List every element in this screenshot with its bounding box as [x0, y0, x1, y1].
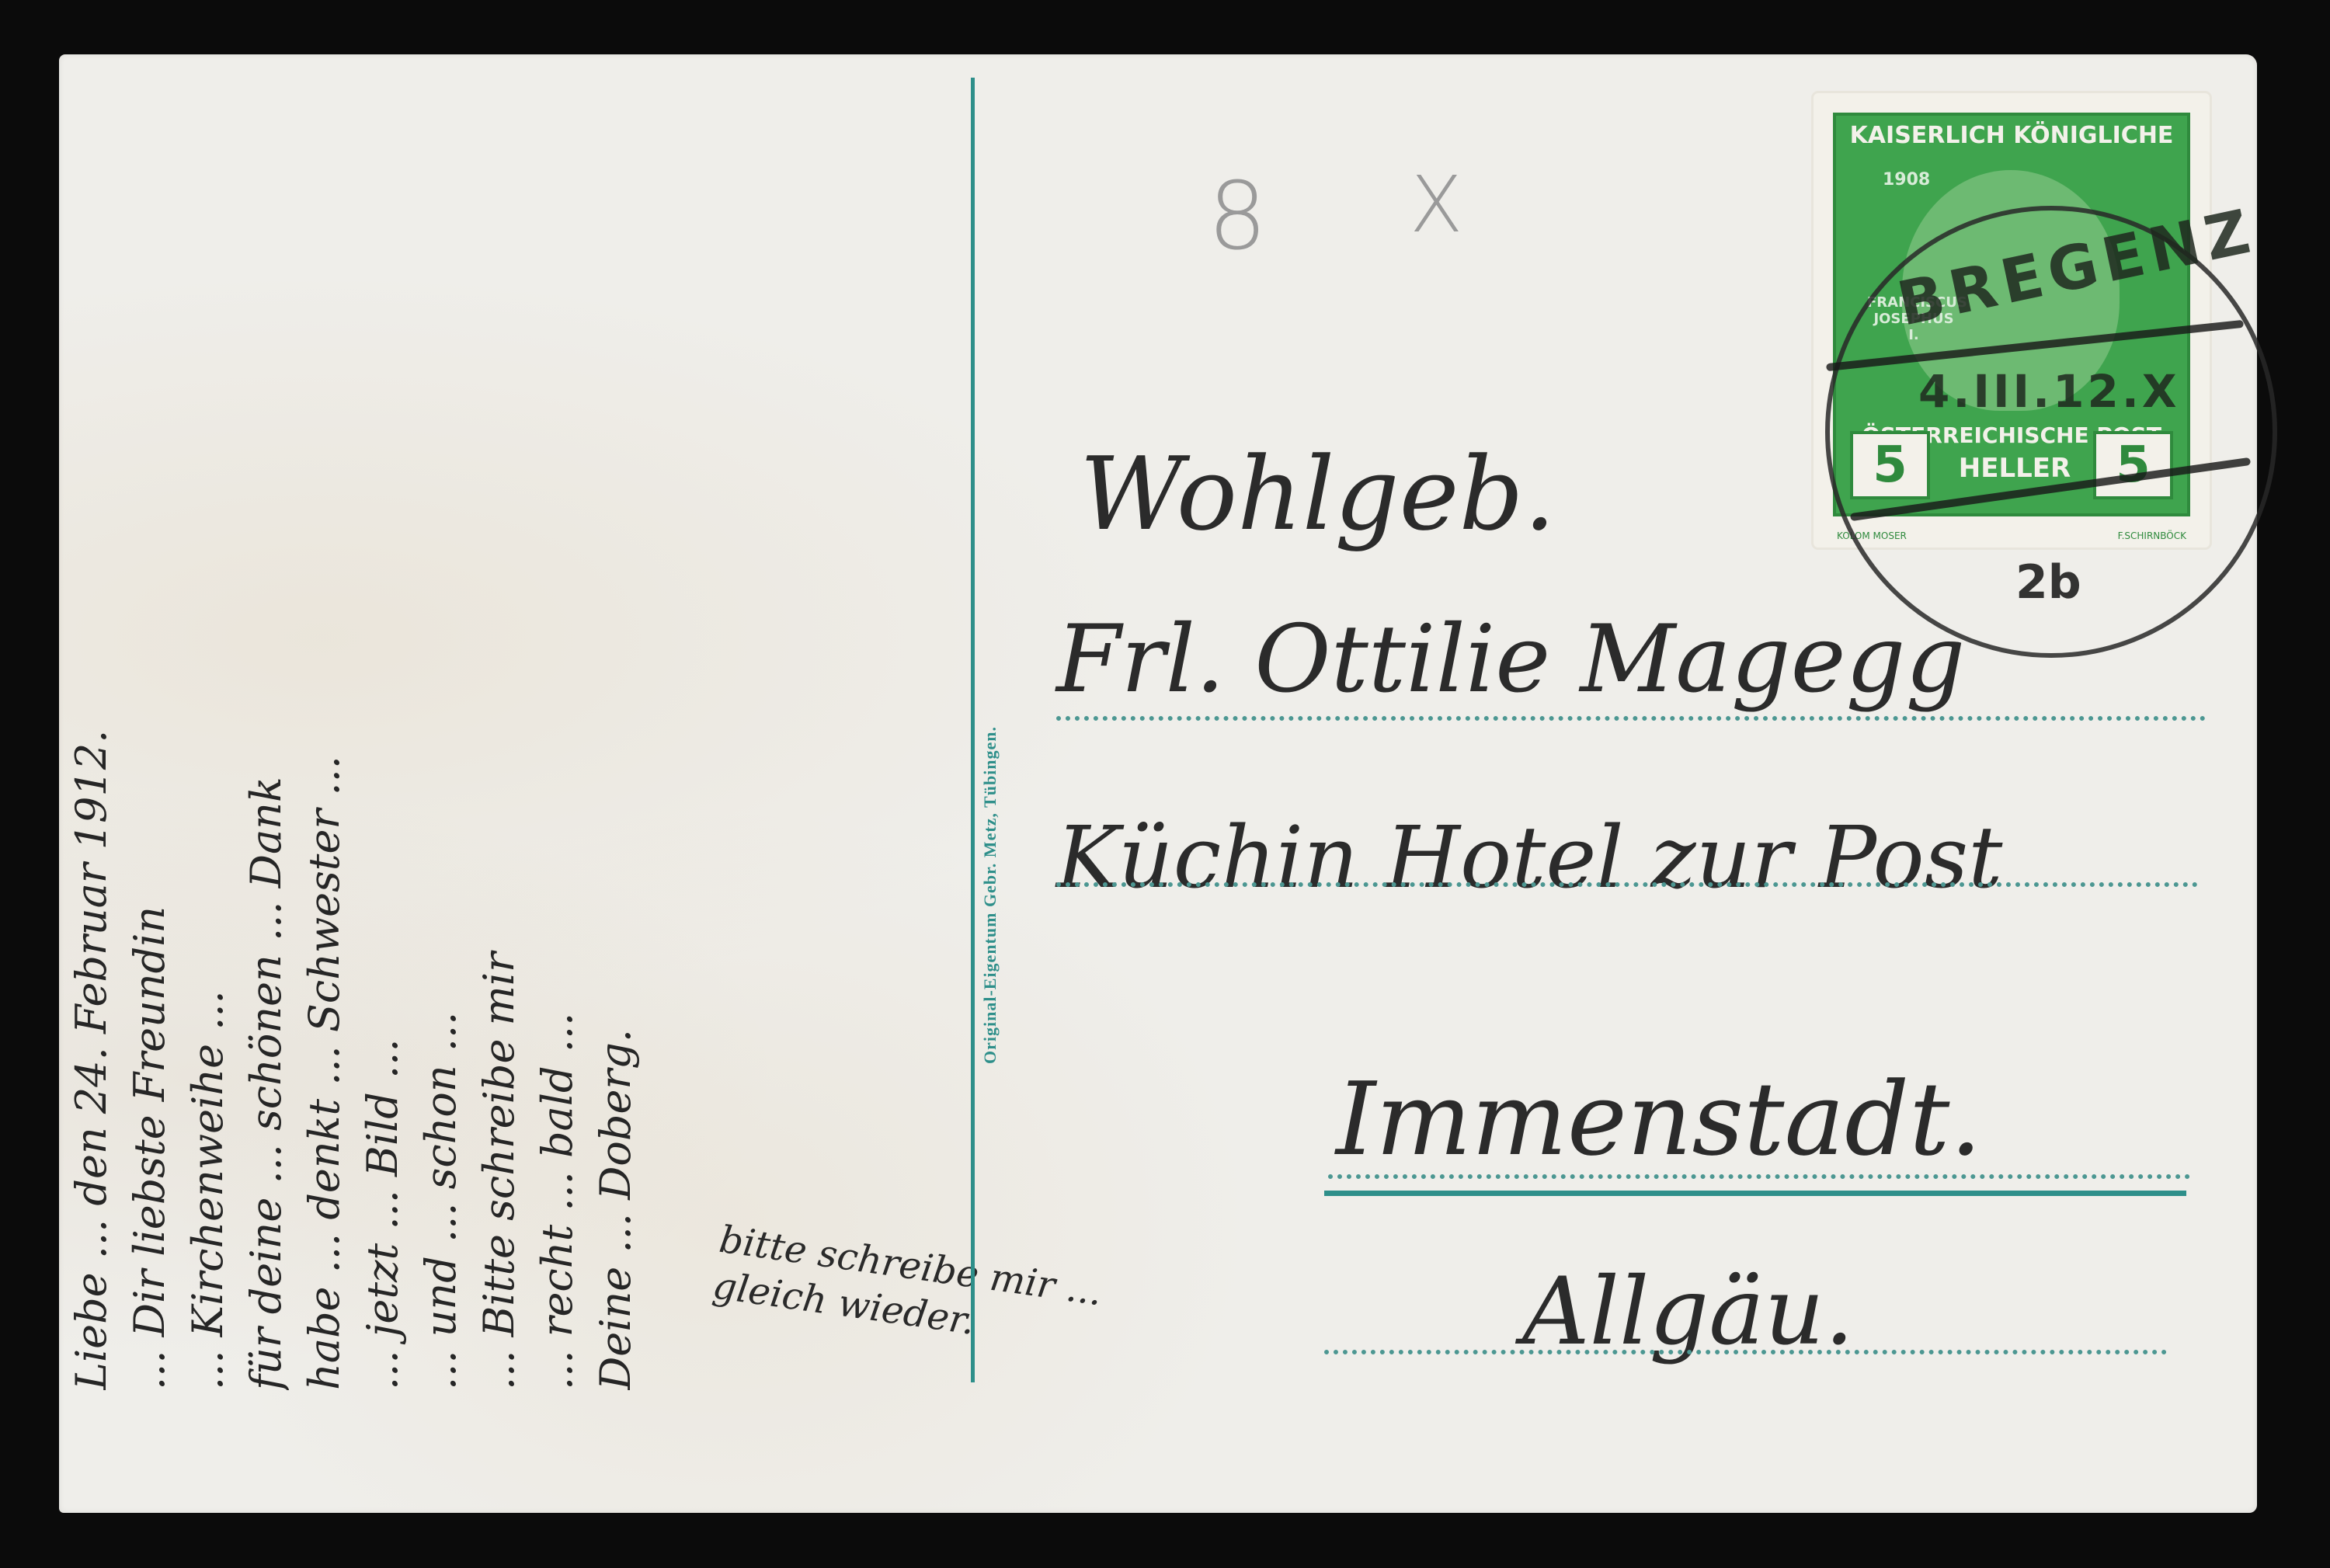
address-name: Frl. Ottilie Magegg	[1056, 606, 1965, 714]
message-line: habe ... denkt ... Schwester ...	[295, 85, 353, 1390]
address-underline	[1324, 1191, 2186, 1196]
address-line-1	[1056, 716, 2206, 721]
pencil-note: X	[1410, 159, 1463, 250]
center-divider	[971, 78, 975, 1382]
message-line: ... Dir liebste Freundin	[120, 85, 179, 1390]
address-line2: Küchin Hotel zur Post	[1056, 808, 2002, 907]
message-line: ... und ... schon ...	[412, 85, 470, 1390]
handwritten-message: Liebe ... den 24. Februar 1912. ... Dir …	[62, 85, 645, 1390]
address-salutation: Wohlgeb.	[1080, 435, 1556, 553]
message-line: Liebe ... den 24. Februar 1912.	[62, 85, 120, 1390]
message-line: ... jetzt ... Bild ...	[353, 85, 412, 1390]
address-line-2	[1056, 882, 2198, 887]
message-line: Deine ... Doberg.	[586, 85, 645, 1390]
address-line-3	[1328, 1174, 2190, 1179]
postmark-number: 2b	[2015, 555, 2081, 610]
publisher-imprint: Original-Eigentum Gebr. Metz, Tübingen.	[980, 726, 1000, 1064]
message-line: ... recht ... bald ...	[528, 85, 586, 1390]
stamp-text-top: KAISERLICH KÖNIGLICHE	[1844, 122, 2179, 149]
message-line: für deine ... schönen ... Dank	[237, 85, 295, 1390]
address-line-4	[1324, 1350, 2167, 1354]
pencil-note: 8	[1208, 163, 1267, 271]
message-line: ... Bitte schreibe mir	[470, 85, 528, 1390]
postmark-date: 4.III.12.X	[1918, 365, 2180, 418]
stamp-year: 1908	[1883, 170, 1930, 189]
message-line: ... Kirchenweihe ...	[179, 85, 237, 1390]
address-city: Immenstadt.	[1336, 1060, 1982, 1178]
